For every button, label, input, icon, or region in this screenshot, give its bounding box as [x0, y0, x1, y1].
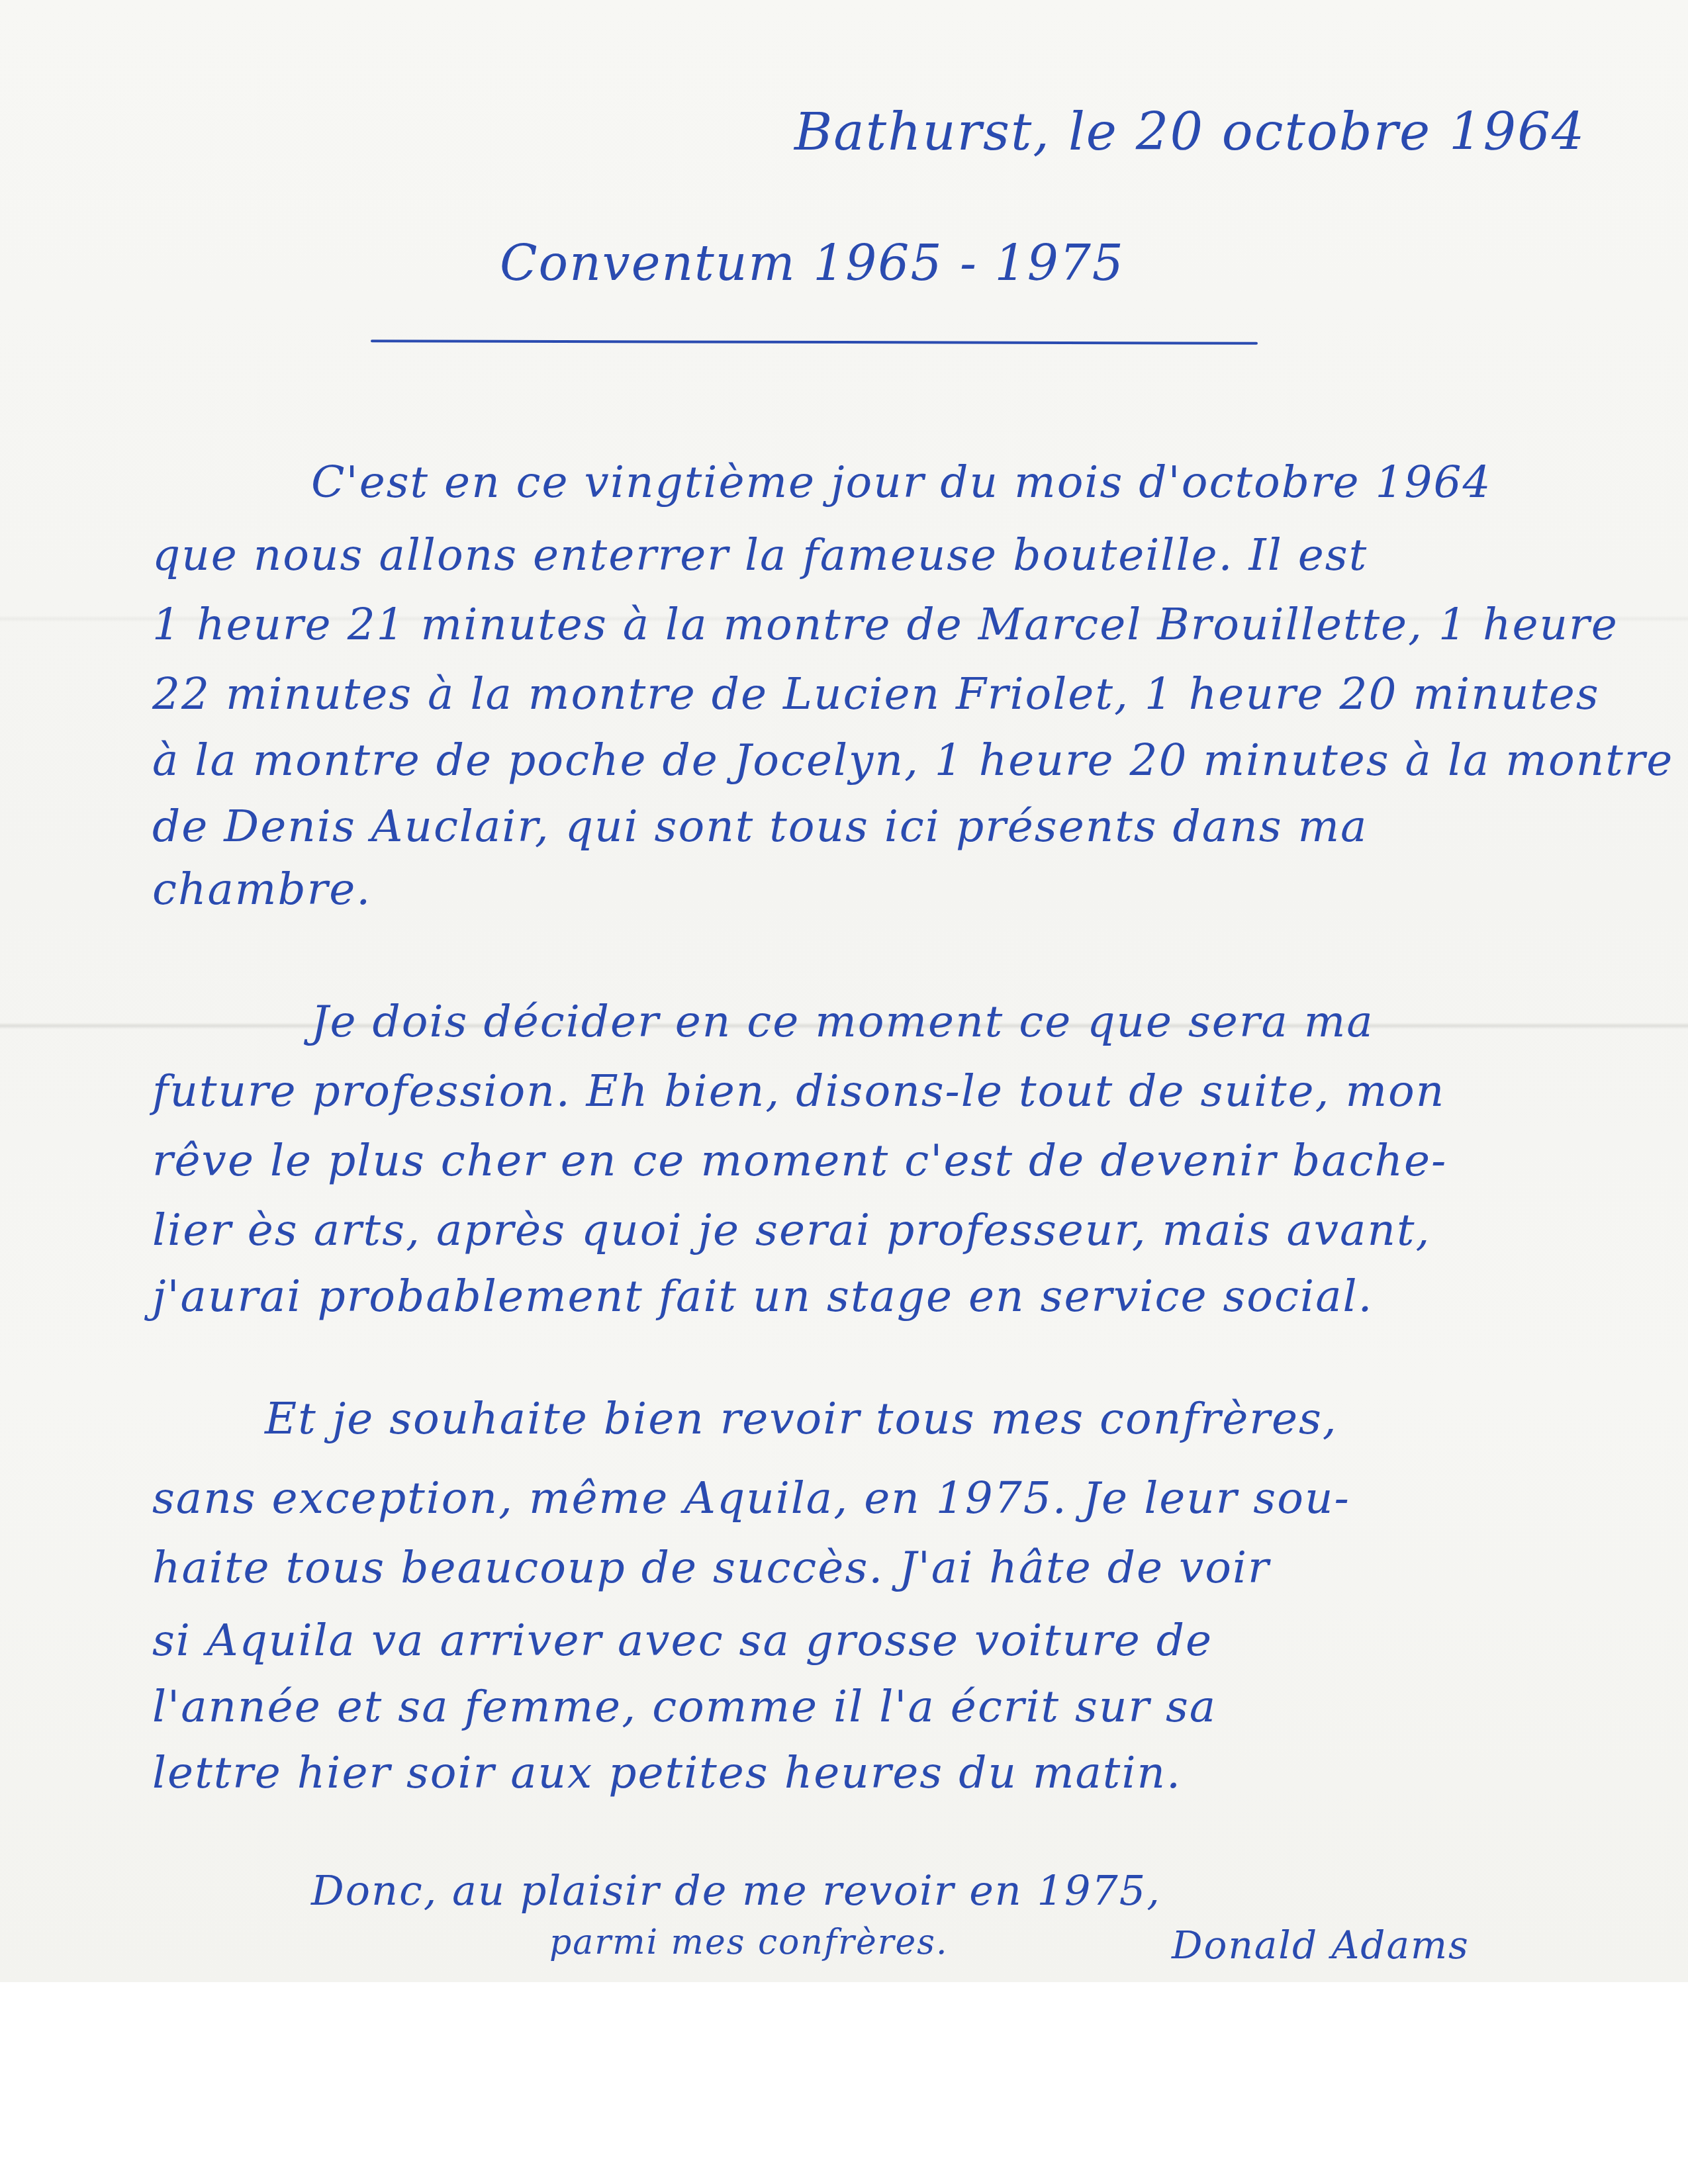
signature: Donald Adams: [1172, 1923, 1470, 1968]
paragraph-1-line-5: à la montre de poche de Jocelyn, 1 heure…: [152, 735, 1673, 786]
paragraph-1-line-1: C'est en ce vingtième jour du mois d'oct…: [311, 457, 1491, 508]
paragraph-1-line-4: 22 minutes à la montre de Lucien Friolet…: [152, 668, 1600, 719]
paragraph-2-line-2: future profession. Eh bien, disons-le to…: [152, 1066, 1445, 1116]
closing-line-1: Donc, au plaisir de me revoir en 1975,: [311, 1866, 1161, 1915]
paragraph-1-line-3: 1 heure 21 minutes à la montre de Marcel…: [152, 599, 1618, 650]
letter-title: Conventum 1965 - 1975: [500, 235, 1125, 292]
paragraph-3-line-5: l'année et sa femme, comme il l'a écrit …: [152, 1681, 1217, 1732]
paragraph-2-line-4: lier ès arts, après quoi je serai profes…: [152, 1205, 1430, 1255]
title-underline: [371, 340, 1258, 345]
paragraph-1-line-6: de Denis Auclair, qui sont tous ici prés…: [152, 801, 1368, 852]
closing-line-2: parmi mes confrères.: [549, 1923, 949, 1962]
paragraph-1-line-2: que nous allons enterrer la fameuse bout…: [152, 529, 1368, 580]
letter-paper: Bathurst, le 20 octobre 1964 Conventum 1…: [0, 0, 1688, 1982]
paragraph-3-line-1: Et je souhaite bien revoir tous mes conf…: [265, 1393, 1338, 1444]
paragraph-1-line-7: chambre.: [152, 864, 371, 915]
letter-dateline: Bathurst, le 20 octobre 1964: [794, 103, 1585, 162]
paragraph-3-line-3: haite tous beaucoup de succès. J'ai hâte…: [152, 1542, 1270, 1593]
paragraph-3-line-6: lettre hier soir aux petites heures du m…: [152, 1747, 1182, 1798]
paragraph-2-line-5: j'aurai probablement fait un stage en se…: [152, 1271, 1374, 1322]
paragraph-3-line-2: sans exception, même Aquila, en 1975. Je…: [152, 1473, 1350, 1524]
paragraph-3-line-4: si Aquila va arriver avec sa grosse voit…: [152, 1615, 1213, 1666]
paragraph-2-line-3: rêve le plus cher en ce moment c'est de …: [152, 1135, 1447, 1186]
paragraph-2-line-1: Je dois décider en ce moment ce que sera…: [311, 996, 1374, 1047]
